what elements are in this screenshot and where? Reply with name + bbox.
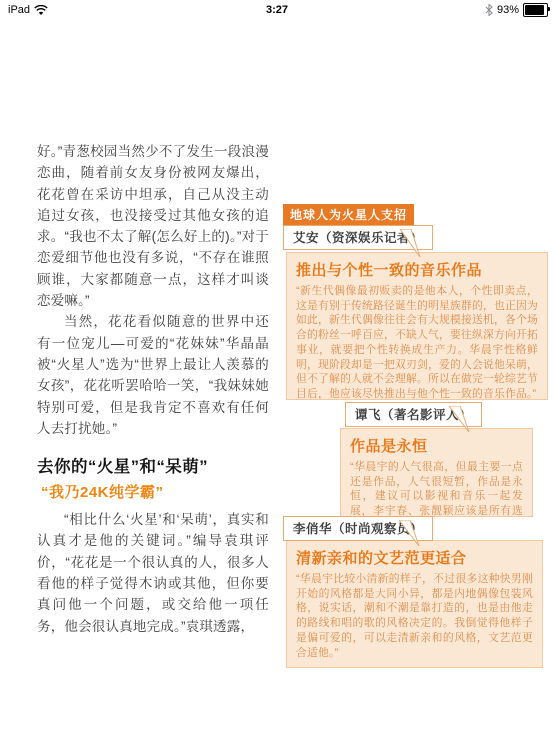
- bubble-tail-icon: [446, 406, 472, 432]
- quote-box-text: “新生代偶像最初贩卖的是他本人，个性即卖点，这是有别于传统路径诞生的明星族群的，…: [296, 284, 538, 400]
- expert-quote-box: 清新亲和的文艺范更适合 “华晨宇比较小清新的样子，不过很多这种快男刚开始的风格都…: [286, 540, 543, 668]
- section-subheading: “我乃24K纯学霸”: [41, 481, 269, 502]
- expert-quote-box: 作品是永恒 “华晨宇的人气很高，但最主要一点还是作品，人气很短暂，作品是永恒，建…: [340, 428, 533, 517]
- status-bar-right: 93%: [485, 3, 548, 17]
- section-heading: 去你的“火星”和“呆萌”: [37, 453, 269, 477]
- article-paragraph: 好。”青葱校园当然少不了发生一段浪漫恋曲，随着前女友身份被网友爆出，花花曾在采访…: [37, 141, 269, 311]
- article-paragraph: 当然，花花看似随意的世界中还有一位宠儿—可爱的“花妹妹”华晶晶被“火星人”选为“…: [37, 311, 269, 439]
- ipad-screenshot-page: iPad 3:27 93% 好。”青葱校园当然少不了发生一段浪漫恋曲，随着前女友…: [0, 0, 554, 738]
- quote-box-text: “华晨宇比较小清新的样子，不过很多这种快男刚开始的风格都是大同小异，都是内地偶像…: [296, 572, 533, 660]
- quote-box-text: “华晨宇的人气很高，但最主要一点还是作品，人气很短暂，作品是永恒，建议可以影视和…: [350, 460, 523, 517]
- quote-box-title: 推出与个性一致的音乐作品: [296, 259, 538, 280]
- bubble-tail-icon: [397, 229, 423, 257]
- status-bar: iPad 3:27 93%: [0, 0, 554, 20]
- article-column: 好。”青葱校园当然少不了发生一段浪漫恋曲，随着前女友身份被网友爆出，花花曾在采访…: [37, 141, 269, 637]
- bluetooth-icon: [485, 4, 493, 16]
- bubble-tail-icon: [396, 520, 422, 546]
- status-bar-clock: 3:27: [0, 4, 554, 16]
- sidebar-topic-tag: 地球人为火星人支招: [283, 204, 414, 226]
- article-paragraph: “相比什么‘火星’和‘呆萌’，真实和认真才是他的关键词。”编导袁琪评价，“花花是…: [37, 509, 269, 637]
- battery-icon: [523, 3, 548, 17]
- quote-box-title: 作品是永恒: [350, 435, 523, 456]
- battery-percent-label: 93%: [497, 4, 519, 16]
- quote-box-title: 清新亲和的文艺范更适合: [296, 547, 533, 568]
- expert-quote-box: 推出与个性一致的音乐作品 “新生代偶像最初贩卖的是他本人，个性即卖点，这是有别于…: [286, 252, 548, 400]
